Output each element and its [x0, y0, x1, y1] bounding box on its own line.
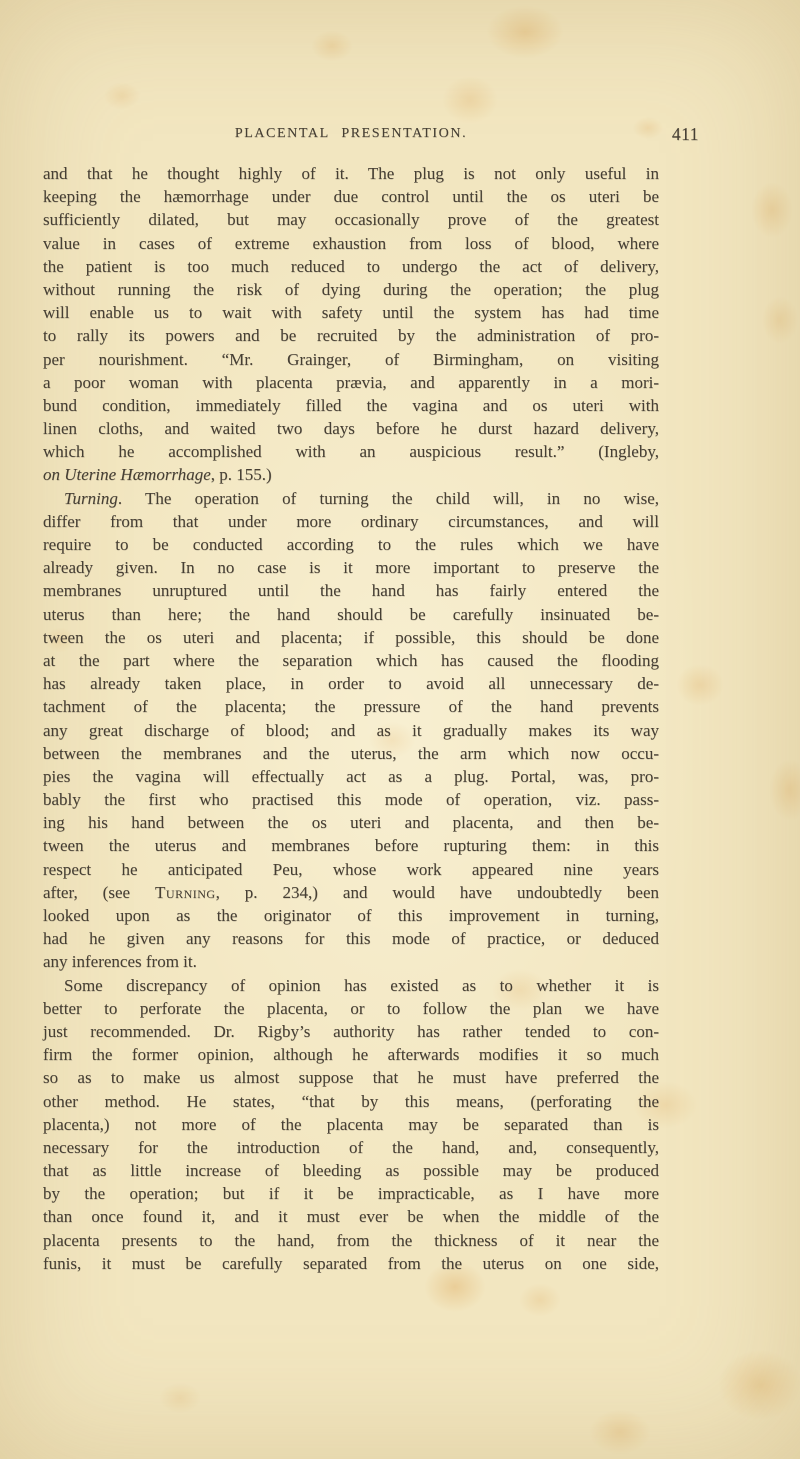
text-line: uterus than here; the hand should be car… — [43, 603, 659, 626]
text-line: and that he thought highly of it. The pl… — [43, 162, 659, 185]
text-line: ing his hand between the os uteri and pl… — [43, 811, 659, 834]
text-segment: tween the os uteri and placenta; if poss… — [43, 628, 659, 647]
text-line: keeping the hæmorrhage under due control… — [43, 185, 659, 208]
text-segment: looked upon as the originator of this im… — [43, 906, 659, 925]
page-number: 411 — [672, 124, 699, 145]
text-line: that as little increase of bleeding as p… — [43, 1159, 659, 1182]
text-segment: ing his hand between the os uteri and pl… — [43, 813, 659, 832]
text-line: bably the first who practised this mode … — [43, 788, 659, 811]
text-line: funis, it must be carefully separated fr… — [43, 1252, 659, 1275]
text-segment: Some discrepancy of opinion has existed … — [64, 976, 659, 995]
text-segment: respect he anticipated Peu, whose work a… — [43, 860, 659, 879]
text-segment: bund condition, immediately filled the v… — [43, 396, 659, 415]
text-segment: at the part where the separation which h… — [43, 651, 659, 670]
text-segment: pies the vagina will effectually act as … — [43, 767, 659, 786]
page-title: PLACENTAL PRESENTATION. — [43, 126, 659, 142]
text-segment: Turning — [155, 883, 216, 902]
text-segment: per nourishment. “Mr. Grainger, of Birmi… — [43, 350, 659, 369]
text-segment: placenta,) not more of the placenta may … — [43, 1115, 659, 1134]
text-line: a poor woman with placenta prævia, and a… — [43, 371, 659, 394]
text-line: at the part where the separation which h… — [43, 649, 659, 672]
text-line: than once found it, and it must ever be … — [43, 1205, 659, 1228]
text-line: tween the uterus and membranes before ru… — [43, 834, 659, 857]
text-segment: by the operation; but if it be impractic… — [43, 1184, 659, 1203]
text-line: placenta presents to the hand, from the … — [43, 1229, 659, 1252]
text-segment: . The operation of turning the child wil… — [118, 489, 659, 508]
text-segment: to rally its powers and be recruited by … — [43, 326, 659, 345]
text-segment: after, (see — [43, 883, 155, 902]
text-line: sufficiently dilated, but may occasional… — [43, 208, 659, 231]
text-line: which he accomplished with an auspicious… — [43, 440, 659, 463]
text-line: membranes unruptured until the hand has … — [43, 579, 659, 602]
text-segment: the patient is too much reduced to under… — [43, 257, 659, 276]
text-segment: linen cloths, and waited two days before… — [43, 419, 659, 438]
text-line: any great discharge of blood; and as it … — [43, 719, 659, 742]
text-segment: has already taken place, in order to avo… — [43, 674, 659, 693]
text-line: firm the former opinion, although he aft… — [43, 1043, 659, 1066]
text-segment: require to be conducted according to the… — [43, 535, 659, 554]
text-line: between the membranes and the uterus, th… — [43, 742, 659, 765]
text-segment: already given. In no case is it more imp… — [43, 558, 659, 577]
text-line: to rally its powers and be recruited by … — [43, 324, 659, 347]
text-segment: any great discharge of blood; and as it … — [43, 721, 659, 740]
text-segment: funis, it must be carefully separated fr… — [43, 1254, 659, 1273]
text-segment: and that he thought highly of it. The pl… — [43, 164, 659, 183]
text-line: has already taken place, in order to avo… — [43, 672, 659, 695]
text-line: placenta,) not more of the placenta may … — [43, 1113, 659, 1136]
text-line: looked upon as the originator of this im… — [43, 904, 659, 927]
text-line: already given. In no case is it more imp… — [43, 556, 659, 579]
text-segment: any inferences from it. — [43, 952, 197, 971]
text-segment: keeping the hæmorrhage under due control… — [43, 187, 659, 206]
text-segment: so as to make us almost suppose that he … — [43, 1068, 659, 1087]
text-segment: which he accomplished with an auspicious… — [43, 442, 659, 461]
text-line: tween the os uteri and placenta; if poss… — [43, 626, 659, 649]
text-segment: just recommended. Dr. Rigby’s authority … — [43, 1022, 659, 1041]
text-line: value in cases of extreme exhaustion fro… — [43, 232, 659, 255]
text-segment: , p. 155.) — [211, 465, 272, 484]
text-line: had he given any reasons for this mode o… — [43, 927, 659, 950]
text-segment: other method. He states, “that by this m… — [43, 1092, 659, 1111]
text-segment: membranes unruptured until the hand has … — [43, 581, 659, 600]
book-page: PLACENTAL PRESENTATION. 411 and that he … — [0, 0, 800, 1459]
text-line: any inferences from it. — [43, 950, 659, 973]
text-segment: value in cases of extreme exhaustion fro… — [43, 234, 659, 253]
running-head: PLACENTAL PRESENTATION. 411 — [43, 126, 659, 150]
text-segment: uterus than here; the hand should be car… — [43, 605, 659, 624]
text-segment: bably the first who practised this mode … — [43, 790, 659, 809]
text-segment: between the membranes and the uterus, th… — [43, 744, 659, 763]
text-segment: tween the uterus and membranes before ru… — [43, 836, 659, 855]
text-line: respect he anticipated Peu, whose work a… — [43, 858, 659, 881]
text-line: without running the risk of dying during… — [43, 278, 659, 301]
text-line: Turning. The operation of turning the ch… — [43, 487, 659, 510]
text-line: on Uterine Hæmorrhage, p. 155.) — [43, 463, 659, 486]
text-segment: better to perforate the placenta, or to … — [43, 999, 659, 1018]
text-line: after, (see Turning, p. 234,) and would … — [43, 881, 659, 904]
body-text: and that he thought highly of it. The pl… — [43, 162, 659, 1275]
text-segment: necessary for the introduction of the ha… — [43, 1138, 659, 1157]
text-line: will enable us to wait with safety until… — [43, 301, 659, 324]
text-line: require to be conducted according to the… — [43, 533, 659, 556]
text-segment: firm the former opinion, although he aft… — [43, 1045, 659, 1064]
text-line: necessary for the introduction of the ha… — [43, 1136, 659, 1159]
text-segment: , p. 234,) and would have undoubtedly be… — [216, 883, 659, 902]
text-segment: sufficiently dilated, but may occasional… — [43, 210, 659, 229]
text-segment: than once found it, and it must ever be … — [43, 1207, 659, 1226]
text-segment: on Uterine Hæmorrhage — [43, 465, 211, 484]
text-line: pies the vagina will effectually act as … — [43, 765, 659, 788]
text-line: other method. He states, “that by this m… — [43, 1090, 659, 1113]
text-line: per nourishment. “Mr. Grainger, of Birmi… — [43, 348, 659, 371]
text-segment: a poor woman with placenta prævia, and a… — [43, 373, 659, 392]
text-segment: without running the risk of dying during… — [43, 280, 659, 299]
text-segment: will enable us to wait with safety until… — [43, 303, 659, 322]
text-line: just recommended. Dr. Rigby’s authority … — [43, 1020, 659, 1043]
text-segment: differ from that under more ordinary cir… — [43, 512, 659, 531]
text-line: so as to make us almost suppose that he … — [43, 1066, 659, 1089]
text-line: bund condition, immediately filled the v… — [43, 394, 659, 417]
text-segment: that as little increase of bleeding as p… — [43, 1161, 659, 1180]
text-line: by the operation; but if it be impractic… — [43, 1182, 659, 1205]
text-segment: placenta presents to the hand, from the … — [43, 1231, 659, 1250]
text-segment: tachment of the placenta; the pressure o… — [43, 697, 659, 716]
text-line: differ from that under more ordinary cir… — [43, 510, 659, 533]
text-line: better to perforate the placenta, or to … — [43, 997, 659, 1020]
text-segment: had he given any reasons for this mode o… — [43, 929, 659, 948]
text-line: tachment of the placenta; the pressure o… — [43, 695, 659, 718]
text-line: linen cloths, and waited two days before… — [43, 417, 659, 440]
text-line: Some discrepancy of opinion has existed … — [43, 974, 659, 997]
text-line: the patient is too much reduced to under… — [43, 255, 659, 278]
text-segment: Turning — [64, 489, 118, 508]
